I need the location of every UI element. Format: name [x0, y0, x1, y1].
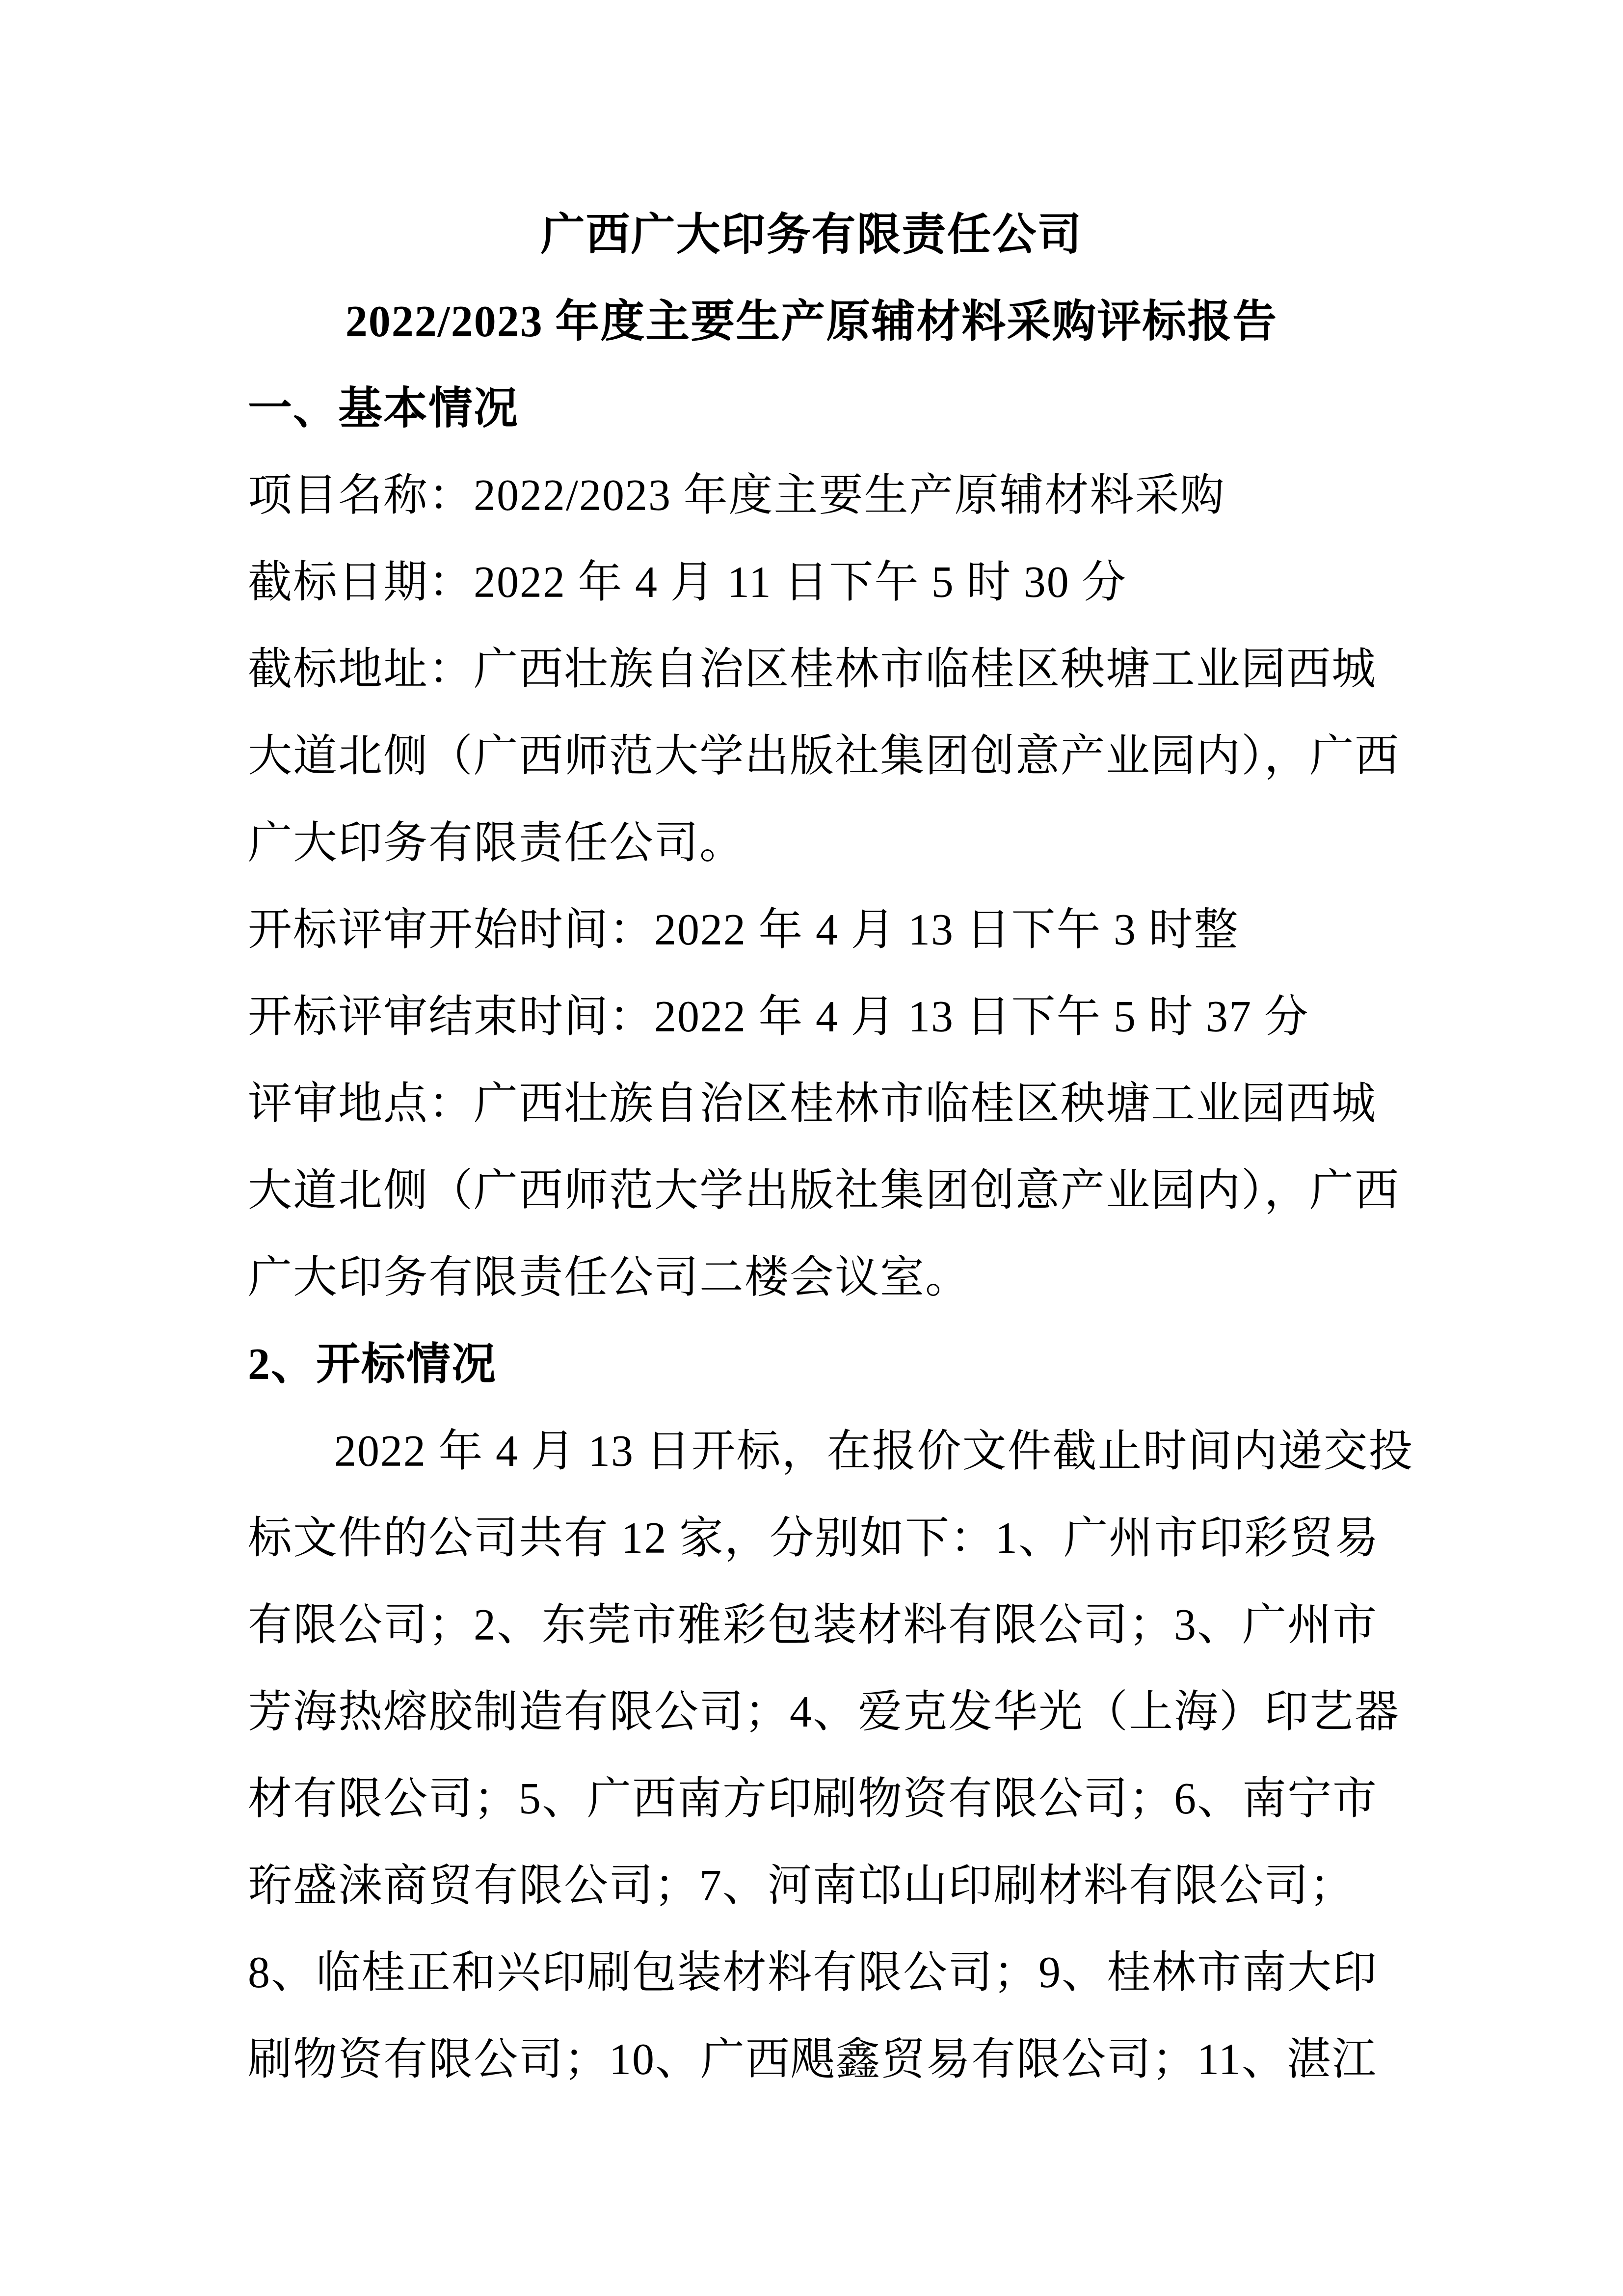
- line-project-name: 项目名称：2022/2023 年度主要生产原辅材料采购: [248, 452, 1375, 539]
- line-bid-opening-para-8: 刷物资有限公司；10、广西飓鑫贸易有限公司；11、湛江: [248, 2016, 1375, 2103]
- document-page: 广西广大印务有限责任公司 2022/2023 年度主要生产原辅材料采购评标报告 …: [0, 0, 1623, 2296]
- line-review-location-3: 广大印务有限责任公司二楼会议室。: [248, 1234, 1375, 1321]
- line-bid-opening-para-6: 珩盛涞商贸有限公司；7、河南邙山印刷材料有限公司；: [248, 1842, 1375, 1929]
- doc-title-report: 2022/2023 年度主要生产原辅材料采购评标报告: [248, 278, 1375, 365]
- line-review-end-time: 开标评审结束时间：2022 年 4 月 13 日下午 5 时 37 分: [248, 973, 1375, 1060]
- line-bid-address-1: 截标地址：广西壮族自治区桂林市临桂区秧塘工业园西城: [248, 626, 1375, 713]
- section-heading-2-bid-opening: 2、开标情况: [248, 1321, 1375, 1408]
- line-review-location-1: 评审地点：广西壮族自治区桂林市临桂区秧塘工业园西城: [248, 1060, 1375, 1147]
- line-bid-opening-para-3: 有限公司；2、东莞市雅彩包装材料有限公司；3、广州市: [248, 1582, 1375, 1669]
- line-bid-opening-para-5: 材有限公司；5、广西南方印刷物资有限公司；6、南宁市: [248, 1756, 1375, 1842]
- line-bid-address-3: 广大印务有限责任公司。: [248, 800, 1375, 887]
- line-bid-opening-para-2: 标文件的公司共有 12 家，分别如下：1、广州市印彩贸易: [248, 1495, 1375, 1582]
- line-bid-opening-para-1: 2022 年 4 月 13 日开标，在报价文件截止时间内递交投: [248, 1408, 1375, 1495]
- line-bid-opening-para-4: 芳海热熔胶制造有限公司；4、爱克发华光（上海）印艺器: [248, 1669, 1375, 1756]
- doc-title-company: 广西广大印务有限责任公司: [248, 191, 1375, 278]
- line-bid-opening-para-7: 8、临桂正和兴印刷包装材料有限公司；9、桂林市南大印: [248, 1929, 1375, 2016]
- line-review-start-time: 开标评审开始时间：2022 年 4 月 13 日下午 3 时整: [248, 887, 1375, 973]
- line-bid-address-2: 大道北侧（广西师范大学出版社集团创意产业园内），广西: [248, 713, 1375, 800]
- line-review-location-2: 大道北侧（广西师范大学出版社集团创意产业园内），广西: [248, 1147, 1375, 1234]
- section-heading-1-basic-info: 一、基本情况: [248, 365, 1375, 452]
- line-bid-deadline-date: 截标日期：2022 年 4 月 11 日下午 5 时 30 分: [248, 539, 1375, 626]
